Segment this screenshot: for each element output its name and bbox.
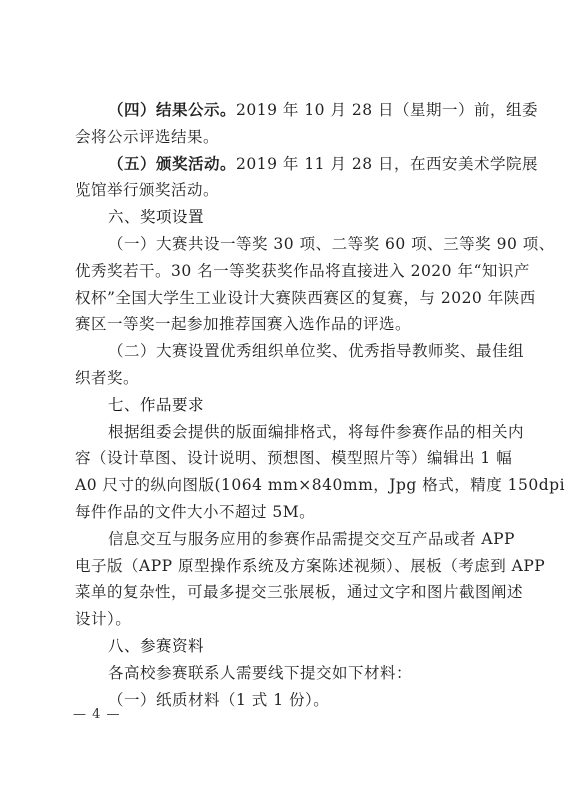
section-8-heading: 八、参赛资料 xyxy=(75,633,493,660)
section-6-para-1-line: 权杯”全国大学生工业设计大赛陕西赛区的复赛，与 2020 年陕西 xyxy=(75,285,493,312)
document-page: （四）结果公示。2019 年 10 月 28 日（星期一）前，组委 会将公示评选… xyxy=(0,0,565,800)
section-8-item-1: （一）纸质材料（1 式 1 份）。 xyxy=(75,687,493,714)
section-8-intro: 各高校参赛联系人需要线下提交如下材料： xyxy=(75,660,493,687)
section-6-heading: 六、奖项设置 xyxy=(75,204,493,231)
section-7-para-1-line: A0 尺寸的纵向图版(1064 mm×840mm，Jpg 格式，精度 150dp… xyxy=(75,472,493,499)
item-5-text: 2019 年 11 月 28 日，在西安美术学院展 xyxy=(236,155,538,173)
section-6-para-1-line: 优秀奖若干。30 名一等奖获奖作品将直接进入 2020 年“知识产 xyxy=(75,258,493,285)
section-7-para-2-line: 设计）。 xyxy=(75,606,493,633)
section-6-para-2-line: 织者奖。 xyxy=(75,365,493,392)
item-4-line-1: （四）结果公示。2019 年 10 月 28 日（星期一）前，组委 xyxy=(75,97,493,124)
section-7-para-2-line: 菜单的复杂性，可最多提交三张展板，通过文字和图片截图阐述 xyxy=(75,579,493,606)
section-6-para-1-line: （一）大赛共设一等奖 30 项、二等奖 60 项、三等奖 90 项、 xyxy=(75,231,493,258)
section-7-para-2-line: 信息交互与服务应用的参赛作品需提交交互产品或者 APP xyxy=(75,526,493,553)
section-7-para-1-line: 每件作品的文件大小不超过 5M。 xyxy=(75,499,493,526)
item-5-line-1: （五）颁奖活动。2019 年 11 月 28 日，在西安美术学院展 xyxy=(75,151,493,178)
item-4-line-2: 会将公示评选结果。 xyxy=(75,124,493,151)
section-6-para-1-line: 赛区一等奖一起参加推荐国赛入选作品的评选。 xyxy=(75,311,493,338)
page-number: — 4 — xyxy=(73,707,121,722)
section-7-heading: 七、作品要求 xyxy=(75,392,493,419)
item-4-text: 2019 年 10 月 28 日（星期一）前，组委 xyxy=(236,101,538,119)
document-body: （四）结果公示。2019 年 10 月 28 日（星期一）前，组委 会将公示评选… xyxy=(75,97,493,713)
section-6-para-2-line: （二）大赛设置优秀组织单位奖、优秀指导教师奖、最佳组 xyxy=(75,338,493,365)
section-7-para-1-line: 根据组委会提供的版面编排格式，将每件参赛作品的相关内 xyxy=(75,419,493,446)
item-5-line-2: 览馆举行颁奖活动。 xyxy=(75,177,493,204)
section-7-para-1-line: 容（设计草图、设计说明、预想图、模型照片等）编辑出 1 幅 xyxy=(75,445,493,472)
item-5-label: （五）颁奖活动。 xyxy=(108,155,236,173)
item-4-label: （四）结果公示。 xyxy=(108,101,236,119)
section-7-para-2-line: 电子版（APP 原型操作系统及方案陈述视频）、展板（考虑到 APP xyxy=(75,553,493,580)
